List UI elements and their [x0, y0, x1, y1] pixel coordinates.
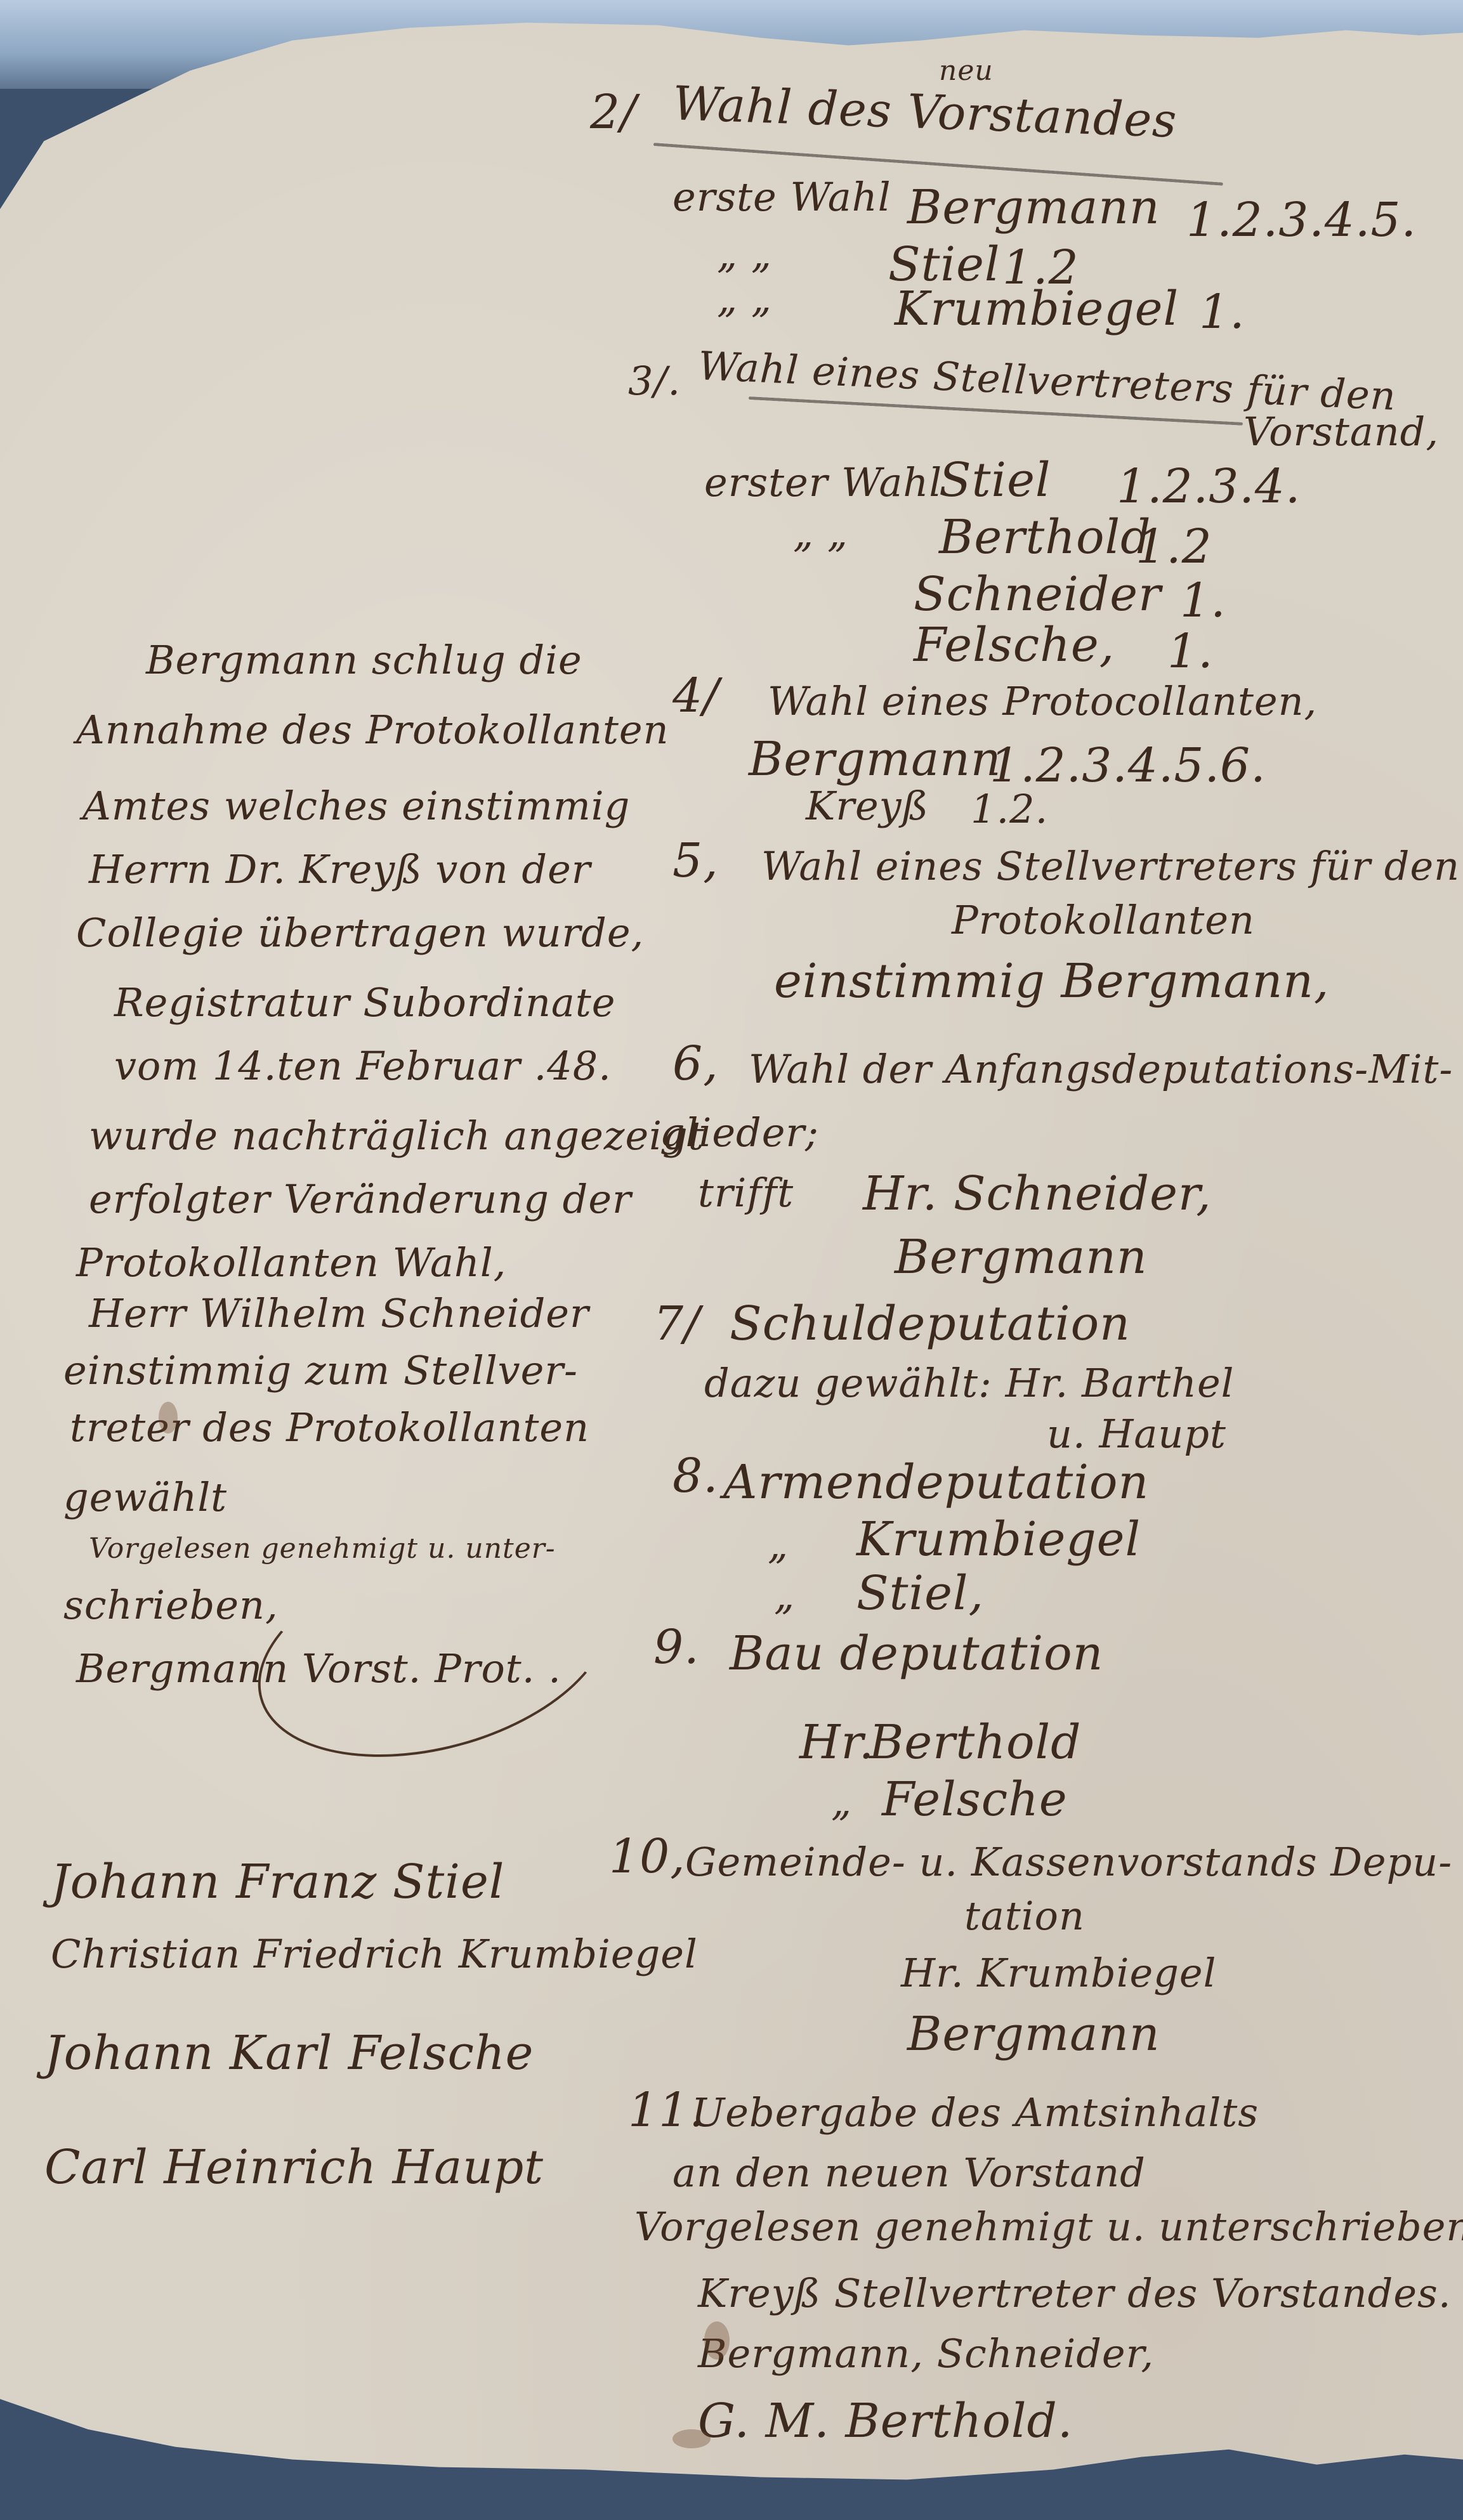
- item-11-line3: Vorgelesen genehmigt u. unterschrieben: [634, 2207, 1463, 2247]
- left-note-line-12: treter des Protokollanten: [70, 1408, 589, 1447]
- item-10-number: 10,: [609, 1833, 686, 1880]
- left-note-line-9: Protokollanten Wahl,: [76, 1243, 506, 1283]
- item-11-signature-line1: Kreyß Stellvertreter des Vorstandes.: [698, 2274, 1452, 2313]
- item-4-title: Wahl eines Protocollanten,: [768, 682, 1317, 721]
- left-note-line-11: einstimmig zum Stellver-: [63, 1351, 578, 1390]
- left-note-line-15: schrieben,: [63, 1586, 279, 1625]
- item-7-number: 7/: [653, 1300, 700, 1347]
- left-note-line-5: Registratur Subordinate: [114, 983, 616, 1022]
- insertion-neu: neu: [939, 57, 994, 85]
- item-2-vote-count-0: 1.2.3.4.5.: [1186, 197, 1417, 244]
- left-note-line-2: Amtes welches einstimmig: [82, 787, 630, 826]
- item-2-vote-name-0: Bergmann: [907, 184, 1160, 231]
- left-note-line-10: Herr Wilhelm Schneider: [89, 1294, 589, 1333]
- item-10-title-line1: Gemeinde- u. Kassenvorstands Depu-: [685, 1843, 1452, 1882]
- item-3-vote-name-0: Stiel: [939, 457, 1051, 504]
- item-7-result: dazu gewählt: Hr. Barthel: [704, 1364, 1234, 1403]
- left-note-line-6: vom 14.ten Februar .48.: [114, 1047, 612, 1086]
- item-9-member-prefix-0: Hr.: [799, 1719, 874, 1766]
- item-6-member-0: Hr. Schneider,: [863, 1170, 1212, 1217]
- item-8-number: 8.: [672, 1453, 719, 1499]
- item-3-vote-name-3: Felsche,: [914, 622, 1115, 669]
- ink-stain: [159, 1402, 178, 1433]
- item-3-vote-prefix-0: erster Wahl: [704, 463, 942, 502]
- item-9-member-name-1: Felsche: [882, 1776, 1068, 1823]
- item-11-signature-line3: G. M. Berthold.: [698, 2398, 1073, 2445]
- item-3-vote-name-2: Schneider: [914, 571, 1161, 618]
- item-9-title: Bau deputation: [730, 1630, 1103, 1677]
- item-6-result-prefix: trifft: [698, 1173, 794, 1213]
- item-3-vote-count-3: 1.: [1167, 628, 1214, 675]
- item-3-vote-prefix-1: „ „: [793, 514, 848, 553]
- signature-3: Carl Heinrich Haupt: [44, 2144, 544, 2191]
- item-2-vote-count-2: 1.: [1199, 289, 1245, 336]
- item-3-vote-count-0: 1.2.3.4.: [1117, 463, 1301, 510]
- item-8-member-name-0: Krumbiegel: [856, 1516, 1141, 1563]
- item-3-vote-name-1: Berthold: [939, 514, 1151, 561]
- item-10-member-0: Hr. Krumbiegel: [901, 1954, 1216, 1993]
- item-3-vote-count-2: 1.: [1180, 577, 1226, 624]
- item-6-number: 6,: [672, 1040, 719, 1087]
- ink-stain: [672, 2429, 711, 2448]
- item-5-result: einstimmig Bergmann,: [774, 958, 1329, 1005]
- item-5-title-line2: Protokollanten: [952, 901, 1255, 940]
- item-7-title: Schuldeputation: [730, 1300, 1131, 1347]
- item-4-vote-name-0: Bergmann: [749, 736, 1002, 783]
- item-11-line1: Uebergabe des Amtsinhalts: [692, 2093, 1259, 2132]
- signature-0: Johann Franz Stiel: [51, 1858, 504, 1905]
- item-2-vote-prefix-1: „ „: [717, 235, 772, 274]
- item-10-member-1: Bergmann: [907, 2011, 1160, 2058]
- item-2-vote-name-2: Krumbiegel: [895, 285, 1179, 332]
- left-note-line-3: Herrn Dr. Kreyß von der: [89, 850, 591, 889]
- item-9-number: 9.: [653, 1624, 700, 1671]
- item-2-vote-name-1: Stiel: [888, 241, 1000, 288]
- left-note-line-8: erfolgter Veränderung der: [89, 1180, 632, 1219]
- item-8-title: Armendeputation: [723, 1459, 1149, 1506]
- item-5-title-line1: Wahl eines Stellvertreters für den: [761, 847, 1460, 886]
- ink-stain: [704, 2321, 730, 2360]
- item-2-vote-prefix-0: erste Wahl: [672, 178, 891, 217]
- item-7-result-cont: u. Haupt: [1047, 1414, 1226, 1454]
- left-note-line-13: gewählt: [63, 1478, 227, 1517]
- item-5-number: 5,: [672, 837, 719, 884]
- item-8-member-prefix-0: „: [768, 1525, 789, 1565]
- item-4-vote-count-0: 1.2.3.4.5.6.: [990, 742, 1266, 789]
- signature-1: Christian Friedrich Krumbiegel: [51, 1935, 698, 1974]
- item-11-line2: an den neuen Vorstand: [672, 2153, 1146, 2193]
- item-10-title-line2: tation: [964, 1897, 1085, 1936]
- item-6-title: Wahl der Anfangsdeputations-Mit-: [749, 1050, 1453, 1089]
- item-9-member-prefix-1: „: [831, 1782, 852, 1822]
- item-6-member-1: Bergmann: [895, 1234, 1148, 1281]
- left-note-line-4: Collegie übertragen wurde,: [76, 913, 644, 953]
- item-4-vote-count-1: 1.2.: [971, 790, 1048, 829]
- item-3-number: 3/.: [628, 362, 681, 401]
- left-note-line-7: wurde nachträglich angezeigt: [89, 1116, 705, 1156]
- item-9-member-name-0: Berthold: [869, 1719, 1082, 1766]
- signature-2: Johann Karl Felsche: [44, 2030, 534, 2077]
- item-3-vote-count-1: 1.2: [1136, 523, 1212, 570]
- item-4-vote-name-1: Kreyß: [806, 787, 929, 826]
- item-11-signature-line2: Bergmann, Schneider,: [698, 2334, 1154, 2373]
- item-2-number: 2/: [590, 89, 637, 136]
- item-8-member-name-1: Stiel,: [856, 1570, 984, 1617]
- item-4-number: 4/: [672, 672, 719, 719]
- item-8-member-prefix-1: „: [774, 1576, 795, 1616]
- item-3-title-line2: Vorstand,: [1243, 412, 1439, 452]
- item-2-vote-prefix-2: „ „: [717, 279, 772, 318]
- left-note-line-0: Bergmann schlug die: [146, 641, 582, 680]
- left-note-line-1: Annahme des Protokollanten: [76, 710, 669, 750]
